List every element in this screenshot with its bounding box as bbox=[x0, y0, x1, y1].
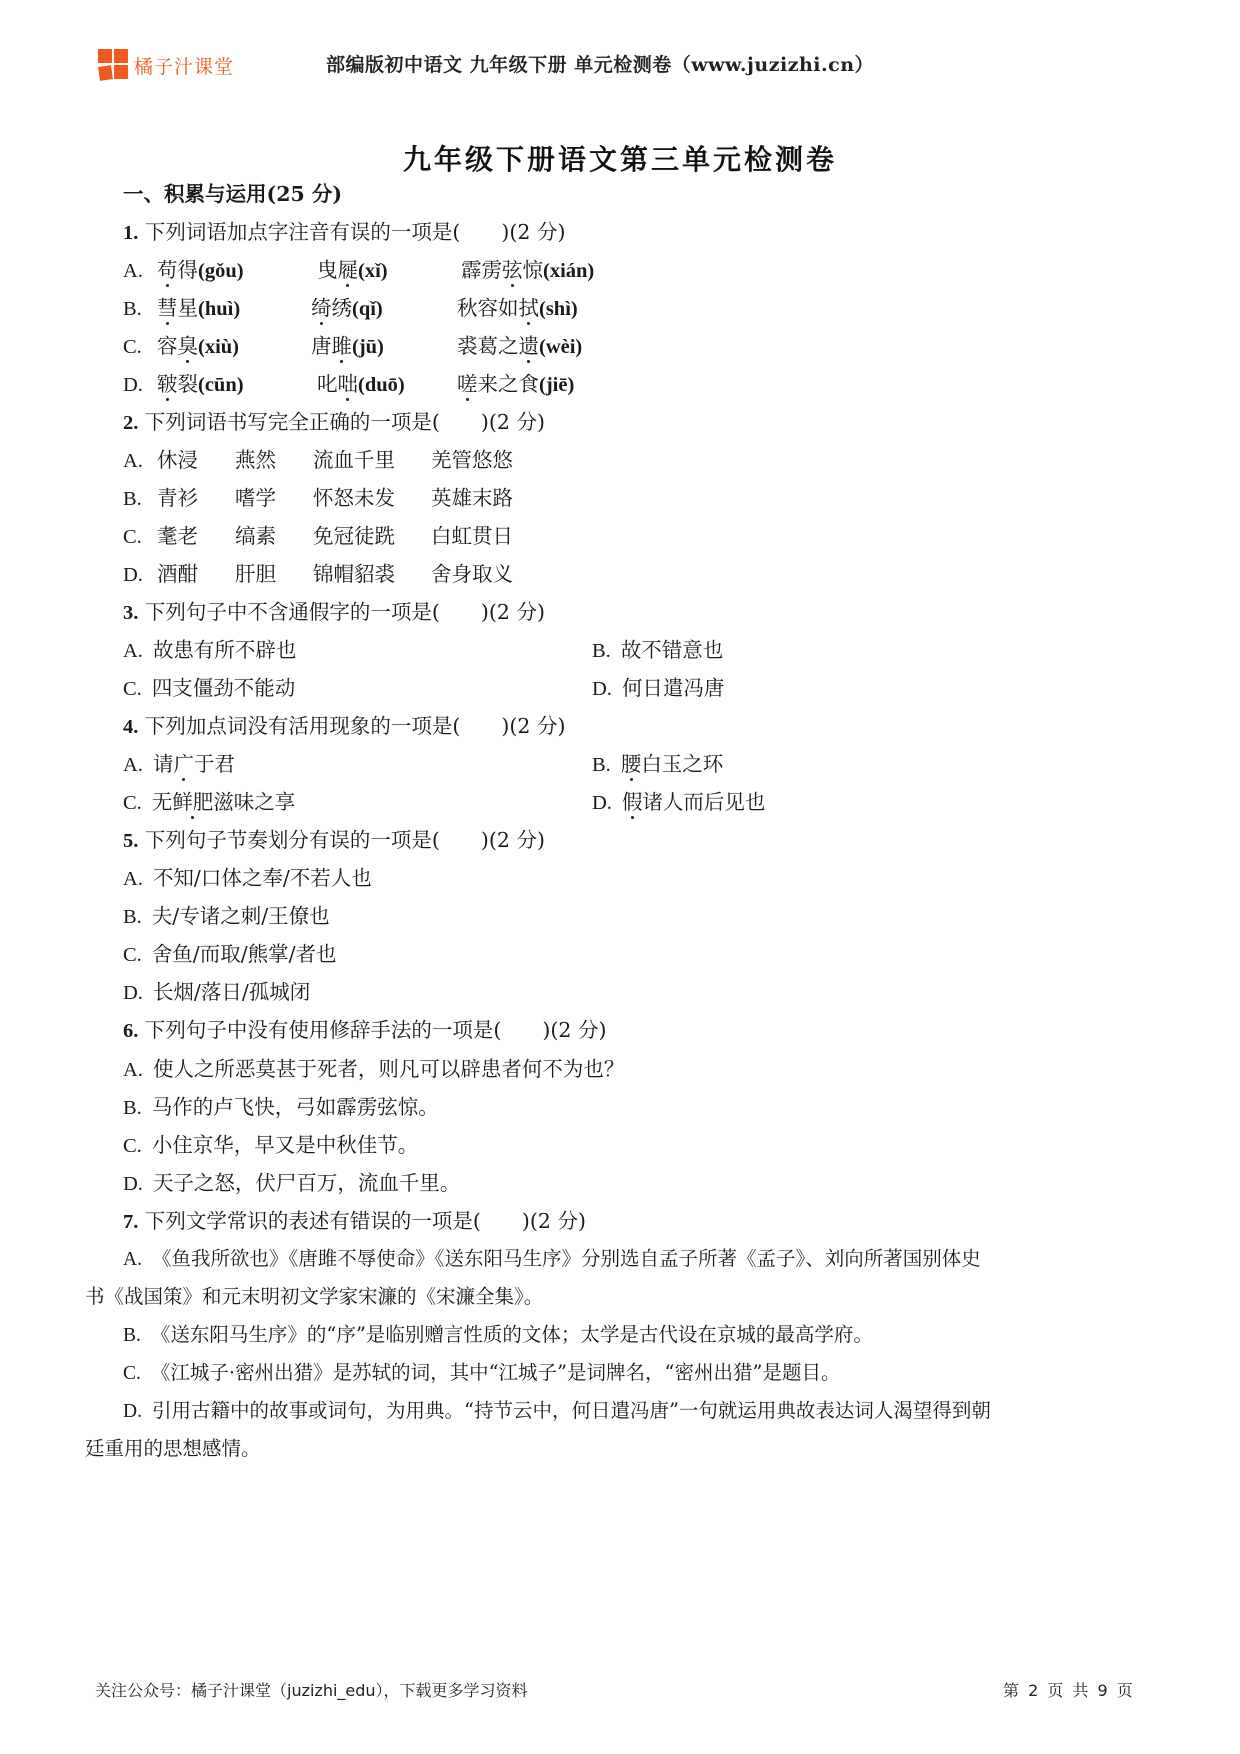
option-letter: D. bbox=[123, 374, 143, 396]
option-letter: B. bbox=[123, 906, 142, 928]
option-item: 唐雎(jū) bbox=[311, 332, 384, 361]
question-1: 1. 下列词语加点字注音有误的一项是( )(2 分) bbox=[123, 218, 565, 247]
question-stem: 下列句子中不含通假字的一项是( )(2 分) bbox=[145, 600, 545, 624]
option-letter: C. bbox=[123, 1363, 141, 1384]
option-letter: C. bbox=[123, 1135, 142, 1157]
question-1-option-c: C. 容臭(xiù) 唐雎(jū) 裘葛之遗(wèi) bbox=[123, 332, 1023, 362]
question-stem: 下列句子节奏划分有误的一项是( )(2 分) bbox=[145, 828, 545, 852]
question-number: 3. bbox=[123, 602, 138, 624]
option-text: 不知/口体之奉/不若人也 bbox=[153, 866, 372, 890]
question-stem: 下列句子中没有使用修辞手法的一项是( )(2 分) bbox=[145, 1018, 607, 1042]
question-3: 3. 下列句子中不含通假字的一项是( )(2 分) bbox=[123, 598, 545, 627]
question-3-option-d: D.何日遣冯唐 bbox=[592, 674, 724, 703]
option-text: 引用古籍中的故事或词句，为用典。“持节云中，何日遣冯唐”一句就运用典故表达词人渴… bbox=[152, 1399, 991, 1422]
question-7-option-b: B.《送东阳马生序》的“序”是临别赠言性质的文体；太学是古代设在京城的最高学府。 bbox=[123, 1321, 873, 1350]
option-item: 秋容如拭(shì) bbox=[457, 294, 578, 323]
option-letter: A. bbox=[123, 754, 143, 776]
option-text: 马作的卢飞快，弓如霹雳弦惊。 bbox=[152, 1095, 439, 1119]
logo-icon bbox=[98, 49, 130, 81]
option-word: 羌管悠悠 bbox=[431, 446, 513, 474]
option-text: 天子之怒，伏尸百万，流血千里。 bbox=[153, 1171, 461, 1195]
option-letter: C. bbox=[123, 526, 142, 548]
option-letter: B. bbox=[123, 298, 142, 320]
option-word: 舍身取义 bbox=[431, 560, 513, 588]
question-stem: 下列词语加点字注音有误的一项是( )(2 分) bbox=[145, 220, 566, 244]
option-text: 《鱼我所欲也》《唐雎不辱使命》《送东阳马生序》分别选自孟子所著《孟子》、刘向所著… bbox=[152, 1247, 981, 1270]
option-item: 容臭(xiù) bbox=[157, 332, 239, 361]
page-number: 第 2 页 共 9 页 bbox=[1003, 1678, 1133, 1701]
option-letter: D. bbox=[123, 564, 143, 586]
option-word: 青衫 bbox=[157, 484, 198, 512]
option-word: 耄老 bbox=[157, 522, 198, 550]
option-letter: A. bbox=[123, 1059, 143, 1081]
question-1-option-a: A. 苟得(gǒu) 曳屣(xǐ) 霹雳弦惊(xián) bbox=[123, 256, 1023, 286]
brand-logo: 橘子汁课堂 bbox=[98, 48, 234, 82]
question-2-option-b: B. 青衫 嗜学 怀怒未发 英雄末路 bbox=[123, 484, 723, 514]
option-word: 免冠徒跣 bbox=[313, 522, 395, 550]
footer-promo: 关注公众号：橘子汁课堂（juzizhi_edu），下载更多学习资料 bbox=[95, 1678, 528, 1701]
option-text: 故患有所不辟也 bbox=[153, 638, 297, 662]
question-4-option-b: B.腰白玉之环 bbox=[592, 750, 723, 779]
option-word: 休浸 bbox=[157, 446, 198, 474]
option-letter: A. bbox=[123, 1249, 142, 1270]
option-item: 皲裂(cūn) bbox=[157, 370, 244, 399]
logo-text: 橘子汁课堂 bbox=[134, 52, 234, 79]
question-2-option-c: C. 耄老 缟素 免冠徒跣 白虹贯日 bbox=[123, 522, 723, 552]
option-item: 嗟来之食(jiē) bbox=[457, 370, 574, 399]
question-6: 6. 下列句子中没有使用修辞手法的一项是( )(2 分) bbox=[123, 1016, 606, 1045]
option-letter: B. bbox=[123, 488, 142, 510]
option-letter: D. bbox=[592, 678, 612, 700]
question-7-option-a-cont: 书《战国策》和元末明初文学家宋濂的《宋濂全集》。 bbox=[85, 1283, 543, 1311]
option-word: 白虹贯日 bbox=[431, 522, 513, 550]
option-letter: A. bbox=[123, 868, 143, 890]
option-item: 曳屣(xǐ) bbox=[317, 256, 388, 285]
page-header: 橘子汁课堂 部编版初中语文 九年级下册 单元检测卷（www.juzizhi.cn… bbox=[0, 0, 1240, 100]
question-3-option-b: B.故不错意也 bbox=[592, 636, 723, 665]
question-7-option-d-cont: 廷重用的思想感情。 bbox=[85, 1435, 261, 1463]
option-item: 彗星(huì) bbox=[157, 294, 240, 323]
option-text: 使人之所恶莫甚于死者，则凡可以辟患者何不为也？ bbox=[153, 1057, 625, 1081]
question-5: 5. 下列句子节奏划分有误的一项是( )(2 分) bbox=[123, 826, 545, 855]
question-number: 4. bbox=[123, 716, 138, 738]
option-letter: A. bbox=[123, 450, 143, 472]
question-number: 5. bbox=[123, 830, 138, 852]
question-7: 7. 下列文学常识的表述有错误的一项是( )(2 分) bbox=[123, 1207, 586, 1236]
question-6-option-d: D.天子之怒，伏尸百万，流血千里。 bbox=[123, 1169, 460, 1198]
option-word: 英雄末路 bbox=[431, 484, 513, 512]
option-letter: C. bbox=[123, 944, 142, 966]
option-text: 夫/专诸之刺/王僚也 bbox=[152, 904, 330, 928]
question-7-option-a: A.《鱼我所欲也》《唐雎不辱使命》《送东阳马生序》分别选自孟子所著《孟子》、刘向… bbox=[123, 1245, 981, 1274]
option-item: 裘葛之遗(wèi) bbox=[457, 332, 582, 361]
question-1-option-b: B. 彗星(huì) 绮绣(qǐ) 秋容如拭(shì) bbox=[123, 294, 1023, 324]
question-number: 2. bbox=[123, 412, 138, 434]
option-letter: C. bbox=[123, 792, 142, 814]
option-word: 流血千里 bbox=[313, 446, 395, 474]
option-word: 锦帽貂裘 bbox=[313, 560, 395, 588]
question-2-option-d: D. 酒酣 肝胆 锦帽貂裘 舍身取义 bbox=[123, 560, 723, 590]
option-word: 酒酣 bbox=[157, 560, 198, 588]
header-title: 部编版初中语文 九年级下册 单元检测卷（www.juzizhi.cn） bbox=[326, 50, 874, 77]
option-word: 燕然 bbox=[235, 446, 276, 474]
option-letter: B. bbox=[123, 1097, 142, 1119]
option-letter: B. bbox=[592, 754, 611, 776]
option-text: 小住京华，早又是中秋佳节。 bbox=[152, 1133, 419, 1157]
question-stem: 下列文学常识的表述有错误的一项是( )(2 分) bbox=[145, 1209, 586, 1233]
question-5-option-b: B.夫/专诸之刺/王僚也 bbox=[123, 902, 330, 931]
question-5-option-a: A.不知/口体之奉/不若人也 bbox=[123, 864, 372, 893]
option-word: 缟素 bbox=[235, 522, 276, 550]
option-item: 苟得(gǒu) bbox=[157, 256, 244, 285]
option-letter: B. bbox=[123, 1325, 141, 1346]
option-word: 肝胆 bbox=[235, 560, 276, 588]
option-letter: D. bbox=[592, 792, 612, 814]
question-2-option-a: A. 休浸 燕然 流血千里 羌管悠悠 bbox=[123, 446, 723, 476]
option-text: 舍鱼/而取/熊掌/者也 bbox=[152, 942, 337, 966]
question-number: 1. bbox=[123, 222, 138, 244]
option-letter: C. bbox=[123, 336, 142, 358]
document-title: 九年级下册语文第三单元检测卷 bbox=[0, 138, 1240, 178]
question-number: 6. bbox=[123, 1020, 138, 1042]
section-title: 一、积累与运用(25 分) bbox=[123, 180, 342, 208]
option-letter: D. bbox=[123, 982, 143, 1004]
option-item: 叱咄(duō) bbox=[317, 370, 405, 399]
question-3-option-c: C.四支僵劲不能动 bbox=[123, 674, 295, 703]
question-1-option-d: D. 皲裂(cūn) 叱咄(duō) 嗟来之食(jiē) bbox=[123, 370, 1023, 400]
option-text: 四支僵劲不能动 bbox=[152, 676, 296, 700]
question-2: 2. 下列词语书写完全正确的一项是( )(2 分) bbox=[123, 408, 545, 437]
option-text: 何日遣冯唐 bbox=[622, 676, 725, 700]
option-letter: A. bbox=[123, 260, 143, 282]
question-6-option-c: C.小住京华，早又是中秋佳节。 bbox=[123, 1131, 418, 1160]
option-word: 嗜学 bbox=[235, 484, 276, 512]
question-7-option-d: D.引用古籍中的故事或词句，为用典。“持节云中，何日遣冯唐”一句就运用典故表达词… bbox=[123, 1397, 991, 1426]
question-4: 4. 下列加点词没有活用现象的一项是( )(2 分) bbox=[123, 712, 565, 741]
option-text: 故不错意也 bbox=[621, 638, 724, 662]
option-letter: D. bbox=[123, 1173, 143, 1195]
option-letter: C. bbox=[123, 678, 142, 700]
option-letter: A. bbox=[123, 640, 143, 662]
option-item: 霹雳弦惊(xián) bbox=[461, 256, 594, 285]
option-letter: D. bbox=[123, 1401, 142, 1422]
option-letter: B. bbox=[592, 640, 611, 662]
question-stem: 下列加点词没有活用现象的一项是( )(2 分) bbox=[145, 714, 566, 738]
option-text: 《江城子·密州出猎》是苏轼的词，其中“江城子”是词牌名，“密州出猎”是题目。 bbox=[151, 1361, 841, 1384]
question-7-option-c: C.《江城子·密州出猎》是苏轼的词，其中“江城子”是词牌名，“密州出猎”是题目。 bbox=[123, 1359, 840, 1388]
question-6-option-b: B.马作的卢飞快，弓如霹雳弦惊。 bbox=[123, 1093, 439, 1122]
option-word: 怀怒未发 bbox=[313, 484, 395, 512]
question-4-option-a: A.请广于君 bbox=[123, 750, 235, 779]
option-item: 绮绣(qǐ) bbox=[311, 294, 383, 323]
question-5-option-c: C.舍鱼/而取/熊掌/者也 bbox=[123, 940, 337, 969]
option-text: 长烟/落日/孤城闭 bbox=[153, 980, 310, 1004]
question-stem: 下列词语书写完全正确的一项是( )(2 分) bbox=[145, 410, 545, 434]
question-6-option-a: A.使人之所恶莫甚于死者，则凡可以辟患者何不为也？ bbox=[123, 1055, 624, 1084]
question-4-option-d: D.假诸人而后见也 bbox=[592, 788, 765, 817]
question-number: 7. bbox=[123, 1211, 138, 1233]
option-text: 《送东阳马生序》的“序”是临别赠言性质的文体；太学是古代设在京城的最高学府。 bbox=[151, 1323, 873, 1346]
question-5-option-d: D.长烟/落日/孤城闭 bbox=[123, 978, 310, 1007]
question-3-option-a: A.故患有所不辟也 bbox=[123, 636, 296, 665]
question-4-option-c: C.无鲜肥滋味之享 bbox=[123, 788, 295, 817]
